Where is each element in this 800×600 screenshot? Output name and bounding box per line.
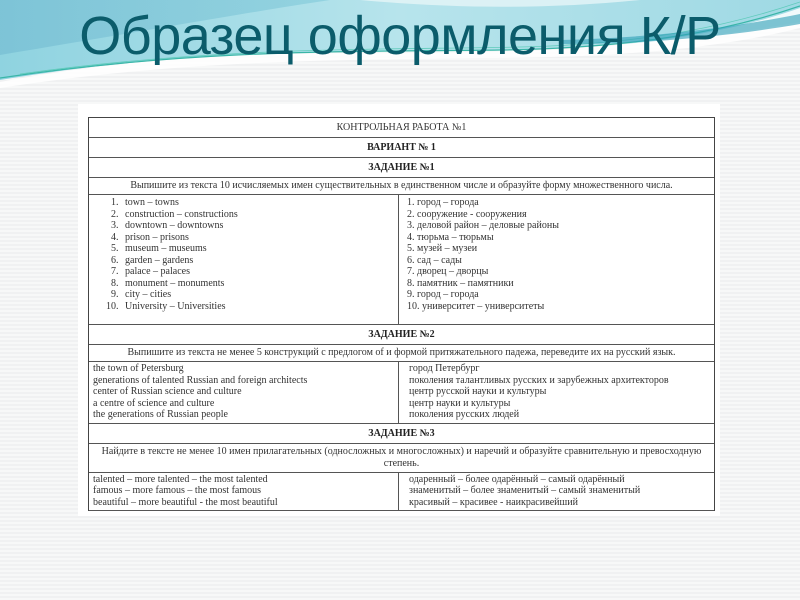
task-2-english-list: the town of Petersburg generations of ta… — [89, 362, 398, 423]
task-2-answers: the town of Petersburg generations of ta… — [89, 362, 714, 424]
task-3-instruction: Найдите в тексте не менее 10 имен прилаг… — [89, 444, 714, 473]
list-item: monument – monuments — [121, 278, 398, 290]
list-item: generations of talented Russian and fore… — [93, 375, 398, 387]
list-item: 7. дворец – дворцы — [407, 266, 714, 278]
slide-title: Образец оформления К/Р — [0, 4, 800, 68]
list-item: museum – museums — [121, 243, 398, 255]
list-item: garden – gardens — [121, 255, 398, 267]
task-3-title: ЗАДАНИЕ №3 — [89, 424, 714, 444]
list-item: поколения талантливых русских и зарубежн… — [409, 375, 714, 387]
document-image: КОНТРОЛЬНАЯ РАБОТА №1 ВАРИАНТ № 1 ЗАДАНИ… — [78, 104, 720, 516]
task-1-russian-list: 1. город – города 2. сооружение - сооруж… — [405, 195, 714, 324]
list-item: downtown – downtowns — [121, 220, 398, 232]
task-3-english-list: talented – more talented – the most tale… — [89, 473, 398, 511]
test-header: КОНТРОЛЬНАЯ РАБОТА №1 — [89, 118, 714, 138]
list-item: 4. тюрьма – тюрьмы — [407, 232, 714, 244]
list-item: 6. сад – сады — [407, 255, 714, 267]
task-2-russian-list: город Петербург поколения талантливых ру… — [405, 362, 714, 423]
list-item: 5. музей – музеи — [407, 243, 714, 255]
task-1-title: ЗАДАНИЕ №1 — [89, 158, 714, 178]
list-item: центр русской науки и культуры — [409, 386, 714, 398]
list-item: a centre of science and culture — [93, 398, 398, 410]
list-item: 8. памятник – памятники — [407, 278, 714, 290]
list-item: поколения русских людей — [409, 409, 714, 421]
list-item: 3. деловой район – деловые районы — [407, 220, 714, 232]
list-item: красивый – красивее - наикрасивейший — [409, 497, 714, 509]
list-item: beautiful – more beautiful - the most be… — [93, 497, 398, 509]
list-item: famous – more famous – the most famous — [93, 485, 398, 497]
test-table: КОНТРОЛЬНАЯ РАБОТА №1 ВАРИАНТ № 1 ЗАДАНИ… — [88, 117, 715, 511]
list-item: the town of Petersburg — [93, 363, 398, 375]
list-item: центр науки и культуры — [409, 398, 714, 410]
list-item: город Петербург — [409, 363, 714, 375]
list-item: town – towns — [121, 197, 398, 209]
list-item: University – Universities — [121, 301, 398, 313]
list-item: 9. город – города — [407, 289, 714, 301]
list-item: the generations of Russian people — [93, 409, 398, 421]
list-item: 2. сооружение - сооружения — [407, 209, 714, 221]
task-2-title: ЗАДАНИЕ №2 — [89, 325, 714, 345]
list-item: prison – prisons — [121, 232, 398, 244]
task-3-russian-list: одаренный – более одарённый – самый одар… — [405, 473, 714, 511]
task-1-english-list: town – towns construction – construction… — [89, 195, 398, 324]
list-item: знаменитый – более знаменитый – самый зн… — [409, 485, 714, 497]
list-item: center of Russian science and culture — [93, 386, 398, 398]
task-2-instruction: Выпишите из текста не менее 5 конструкци… — [89, 345, 714, 362]
task-3-answers: talented – more talented – the most tale… — [89, 473, 714, 512]
list-item: 10. университет – университеты — [407, 301, 714, 313]
list-item: palace – palaces — [121, 266, 398, 278]
list-item: talented – more talented – the most tale… — [93, 474, 398, 486]
variant-row: ВАРИАНТ № 1 — [89, 138, 714, 158]
list-item: 1. город – города — [407, 197, 714, 209]
list-item: одаренный – более одарённый – самый одар… — [409, 474, 714, 486]
list-item: construction – constructions — [121, 209, 398, 221]
task-1-answers: town – towns construction – construction… — [89, 195, 714, 325]
task-1-instruction: Выпишите из текста 10 исчисляемых имен с… — [89, 178, 714, 195]
list-item: city – cities — [121, 289, 398, 301]
